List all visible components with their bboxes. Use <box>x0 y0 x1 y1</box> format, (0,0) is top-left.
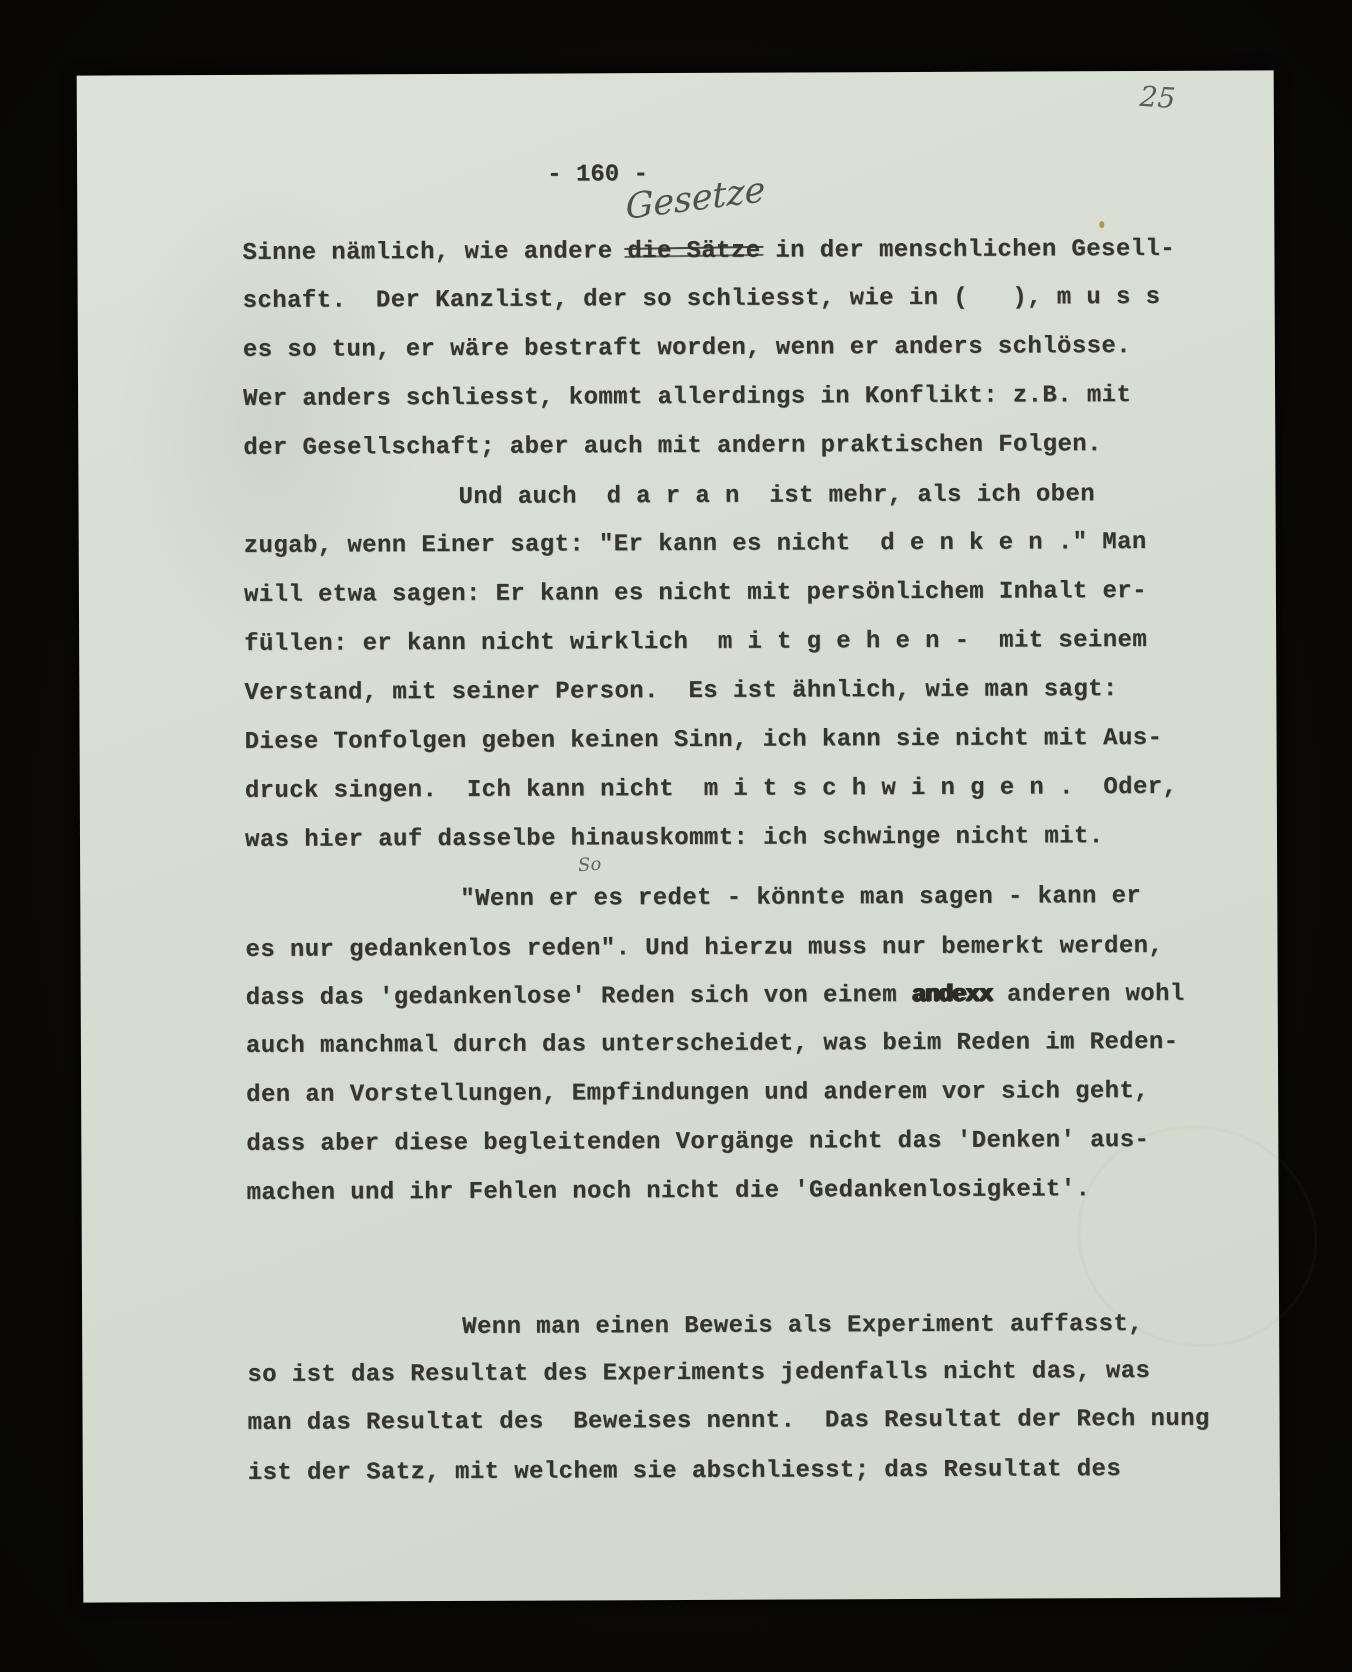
ink-speck <box>1099 221 1104 228</box>
typed-line: so ist das Resultat des Experiments jede… <box>247 1360 1150 1388</box>
typed-segment: was hier auf dasselbe hinauskommt: ich s… <box>245 823 1104 854</box>
typed-line: auch manchmal durch das unterscheidet, w… <box>246 1031 1179 1059</box>
typed-segment: es nur gedankenlos reden". Und hierzu mu… <box>245 933 1163 964</box>
handwritten-page-index: 25 <box>1139 80 1177 115</box>
scanner-background: - 160 - 25 Gesetze So Sinne nämlich, wie… <box>0 0 1352 1672</box>
typed-segment: der Gesellschaft; aber auch mit andern p… <box>243 431 1102 462</box>
typed-text-layer: Sinne nämlich, wie andere die Sätze in d… <box>77 70 1274 75</box>
typed-segment: den an Vorstellungen, Empfindungen und a… <box>246 1078 1149 1109</box>
typed-segment: Diese Tonfolgen geben keinen Sinn, ich k… <box>245 725 1163 756</box>
typed-line: dass das 'gedankenlose' Reden sich von e… <box>246 983 1185 1011</box>
typed-segment: auch manchmal durch das unterscheidet, w… <box>246 1029 1179 1060</box>
typed-segment: Und auch d a r a n ist mehr, als ich obe… <box>458 481 1095 511</box>
handwritten-annotation-so: So <box>577 854 602 877</box>
typed-line: Und auch d a r a n ist mehr, als ich obe… <box>458 483 1095 510</box>
document-page: - 160 - 25 Gesetze So Sinne nämlich, wie… <box>77 70 1281 1602</box>
typed-line: zugab, wenn Einer sagt: "Er kann es nich… <box>244 531 1147 559</box>
typed-segment: Wenn man einen Beweis als Experiment auf… <box>462 1311 1143 1341</box>
typed-segment: Verstand, mit seiner Person. Es ist ähnl… <box>244 676 1117 707</box>
typed-segment: dass das 'gedankenlose' Reden sich von e… <box>246 982 912 1012</box>
typed-line: es nur gedankenlos reden". Und hierzu mu… <box>245 935 1163 963</box>
typed-segment: druck singen. Ich kann nicht m i t s c h… <box>245 774 1178 805</box>
typed-line: Wenn man einen Beweis als Experiment auf… <box>462 1313 1143 1340</box>
typed-segment: anderen wohl <box>992 981 1185 1009</box>
typed-line: druck singen. Ich kann nicht m i t s c h… <box>245 776 1178 804</box>
typed-line: Sinne nämlich, wie andere die Sätze in d… <box>242 238 1175 266</box>
typed-line: füllen: er kann nicht wirklich m i t g e… <box>244 629 1147 657</box>
typed-segment: füllen: er kann nicht wirklich m i t g e… <box>244 627 1147 658</box>
typed-line: will etwa sagen: Er kann es nicht mit pe… <box>244 580 1147 608</box>
typed-line: machen und ihr Fehlen noch nicht die 'Ge… <box>247 1178 1091 1206</box>
typed-over-deletion: andexx <box>912 982 993 1009</box>
typed-segment: machen und ihr Fehlen noch nicht die 'Ge… <box>246 1176 1090 1207</box>
typed-line: Verstand, mit seiner Person. Es ist ähnl… <box>244 678 1117 706</box>
typed-segment: Sinne nämlich, wie andere <box>242 238 627 267</box>
typed-line: ist der Satz, mit welchem sie abschliess… <box>248 1458 1121 1486</box>
typed-line: Diese Tonfolgen geben keinen Sinn, ich k… <box>245 727 1163 755</box>
typed-line: "Wenn er es redet - könnte man sagen - k… <box>460 885 1141 912</box>
typed-line: Wer anders schliesst, kommt allerdings i… <box>243 384 1131 412</box>
typed-line: was hier auf dasselbe hinauskommt: ich s… <box>245 825 1104 853</box>
typed-line: dass aber diese begleitenden Vorgänge ni… <box>246 1129 1149 1157</box>
typed-segment: so ist das Resultat des Experiments jede… <box>247 1358 1150 1389</box>
typed-line: man das Resultat des Beweises nennt. Das… <box>248 1408 1210 1436</box>
struck-out-text: die Sätze <box>627 238 760 266</box>
typed-segment: "Wenn er es redet - könnte man sagen - k… <box>460 883 1141 913</box>
typed-segment: will etwa sagen: Er kann es nicht mit pe… <box>244 578 1147 609</box>
typed-segment: Wer anders schliesst, kommt allerdings i… <box>243 382 1131 413</box>
typed-segment: in der menschlichen Gesell- <box>760 236 1175 265</box>
typed-line: den an Vorstellungen, Empfindungen und a… <box>246 1080 1149 1108</box>
typed-line: der Gesellschaft; aber auch mit andern p… <box>243 433 1102 461</box>
typed-segment: dass aber diese begleitenden Vorgänge ni… <box>246 1127 1149 1158</box>
typed-line: es so tun, er wäre bestraft worden, wenn… <box>243 335 1131 363</box>
typed-segment: zugab, wenn Einer sagt: "Er kann es nich… <box>244 529 1147 560</box>
typed-segment: schaft. Der Kanzlist, der so schliesst, … <box>243 284 1161 315</box>
typed-line: schaft. Der Kanzlist, der so schliesst, … <box>243 286 1161 314</box>
typed-segment: man das Resultat des Beweises nennt. Das… <box>247 1406 1209 1437</box>
typed-segment: es so tun, er wäre bestraft worden, wenn… <box>243 333 1131 364</box>
page-number: - 160 - <box>547 161 648 188</box>
typed-segment: ist der Satz, mit welchem sie abschliess… <box>248 1456 1121 1487</box>
